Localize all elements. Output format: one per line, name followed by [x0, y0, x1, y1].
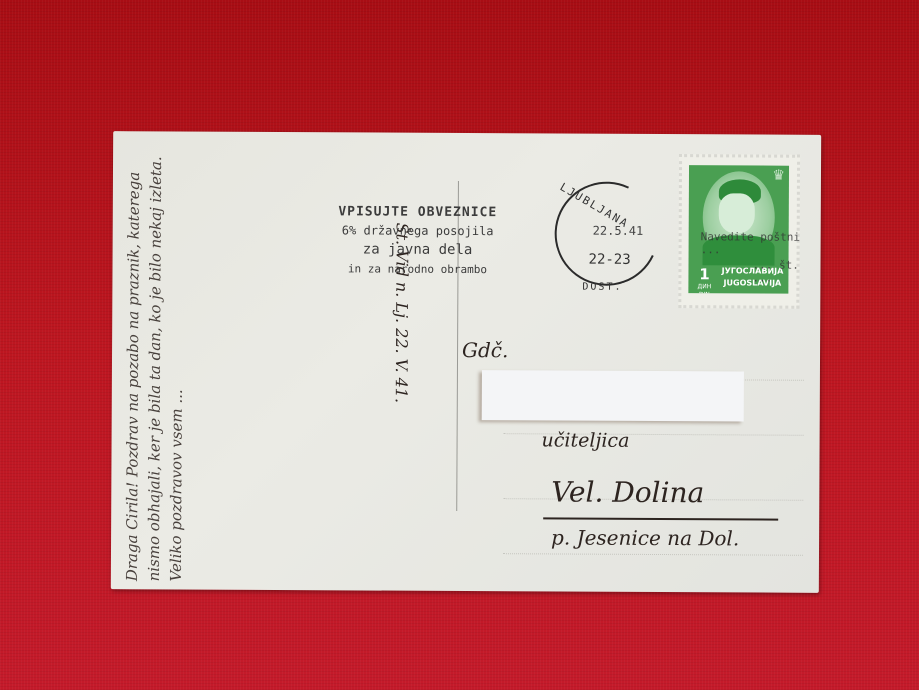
machine-cancel-line-1: Navedite poštni ... [701, 230, 821, 257]
address-place: Vel. Dolina [551, 475, 704, 509]
stamp-value-number: 1 [699, 265, 710, 283]
address-salutation: Gdč. [462, 338, 508, 362]
postmark-date: 22.5.41 [593, 224, 644, 238]
stamp-currency: ДИН DIN [691, 283, 717, 294]
postcard: Draga Cirila! Pozdrav na pozabo na prazn… [111, 131, 821, 593]
postmark-time: 22-23 [588, 252, 630, 268]
slogan-line-1: VPISUJTE OBVEZNICE [318, 202, 518, 222]
printed-slogan: VPISUJTE OBVEZNICE 6% državnega posojila… [317, 202, 517, 279]
address-title: učiteljica [542, 429, 630, 451]
address-underline [543, 517, 778, 520]
slogan-line-2: 6% državnega posojila [318, 221, 518, 241]
slogan-line-4: in za narodno obrambo [317, 259, 517, 279]
portrait-face [719, 193, 755, 233]
machine-cancel-line-2: ... št. ... [752, 258, 820, 284]
postmark-sub: DOST. [582, 282, 622, 293]
address-lines [113, 131, 821, 135]
stamp-value: 1 ДИН DIN [691, 265, 717, 291]
redaction-label [482, 370, 744, 421]
crown-icon: ♛ [772, 168, 785, 184]
slogan-line-3: za javna dela [318, 240, 518, 260]
address-line [503, 553, 803, 556]
address-post: p. Jesenice na Dol. [551, 525, 739, 550]
